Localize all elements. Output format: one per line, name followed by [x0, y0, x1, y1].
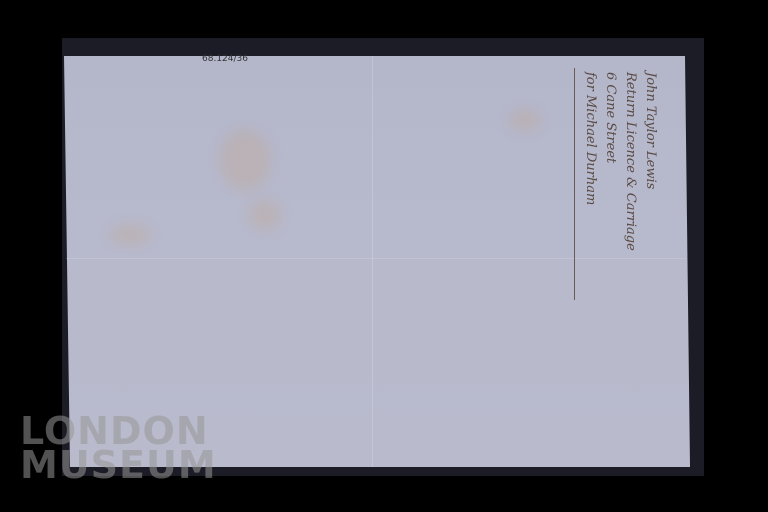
- docket-text: John Taylor Lewis Return Licence & Carri…: [580, 72, 660, 312]
- docket-line: 6 Cane Street: [600, 72, 620, 312]
- stain: [220, 130, 270, 190]
- docket-line: John Taylor Lewis: [640, 72, 660, 312]
- catalog-number: 68.124/36: [202, 54, 248, 64]
- museum-logo: LONDON MUSEUM: [20, 414, 217, 482]
- docket-rule: [574, 68, 575, 300]
- docket-line: for Michael Durham: [580, 72, 600, 312]
- stain: [510, 110, 540, 130]
- stain: [250, 200, 280, 230]
- docket-line: Return Licence & Carriage: [620, 72, 640, 312]
- logo-line: MUSEUM: [20, 448, 217, 482]
- fold-line-vertical: [372, 56, 373, 467]
- stain: [110, 225, 150, 245]
